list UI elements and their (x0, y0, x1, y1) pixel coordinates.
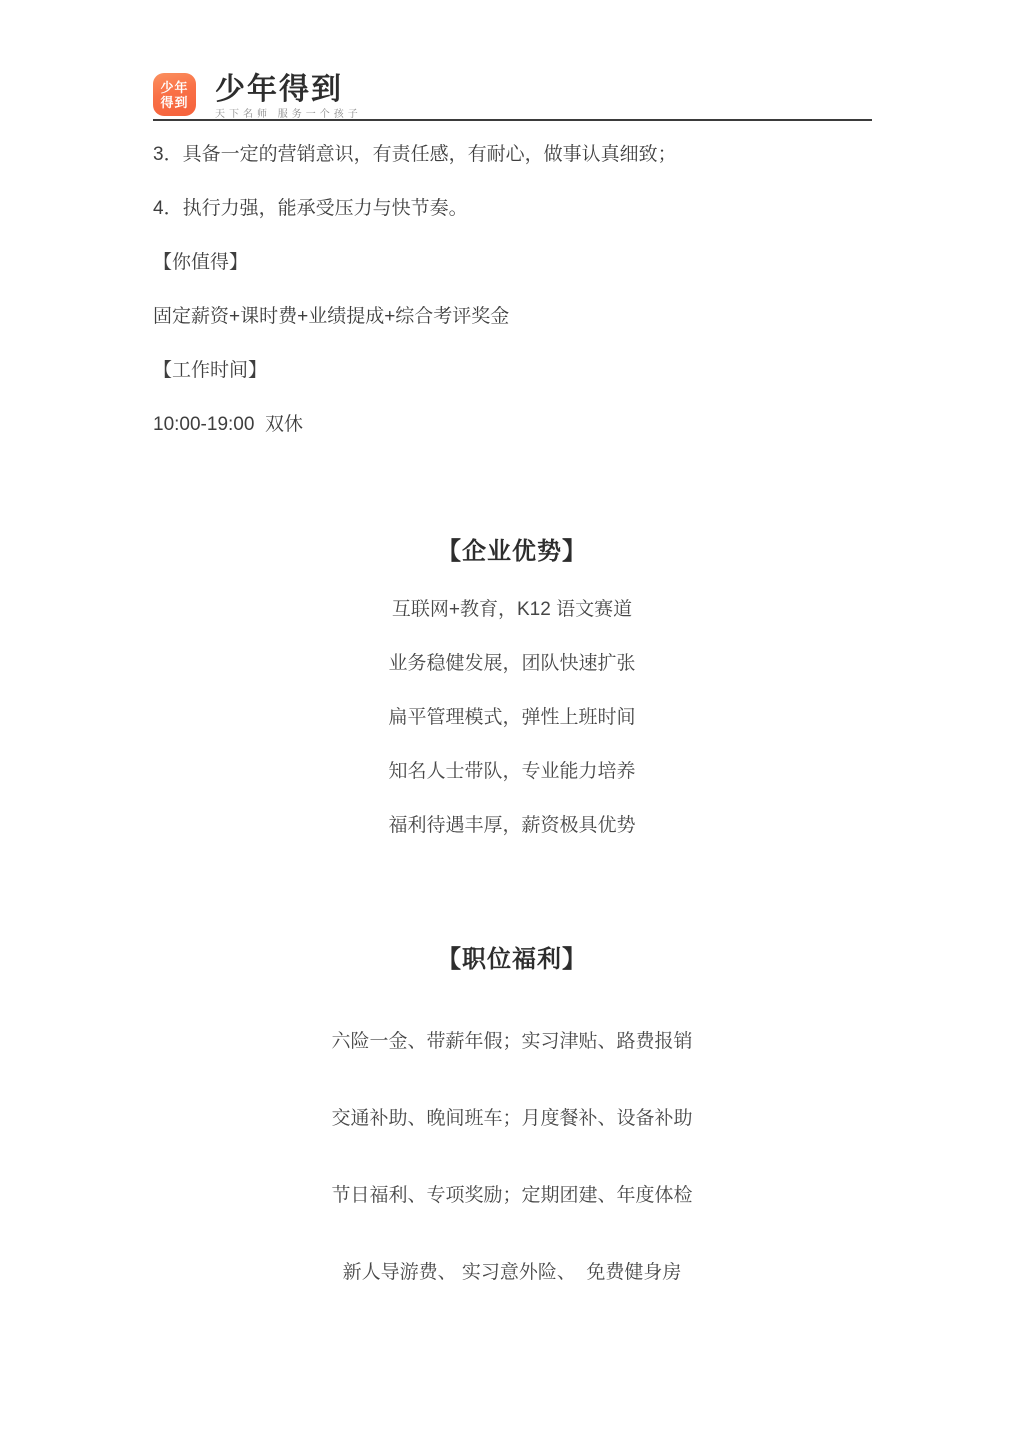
intro-work-time-line: 10:00-19:00 双休 (153, 413, 873, 436)
header-divider (153, 119, 872, 121)
benefit-line: 新人导游费、 实习意外险、 免费健身房 (0, 1261, 1024, 1284)
brand-title: 少年得到 (215, 74, 362, 105)
intro-line-3: 3．具备一定的营销意识，有责任感，有耐心，做事认真细致； (153, 143, 873, 166)
advantage-line: 业务稳健发展，团队快速扩张 (0, 652, 1024, 675)
brand-logo-icon: 少年 得到 (153, 73, 196, 116)
brand-header: 少年 得到 少年得到 天下名师 服务一个孩子 (153, 73, 362, 120)
intro-heading-work-time: 【工作时间】 (153, 359, 873, 382)
intro-heading-worth: 【你值得】 (153, 251, 873, 274)
brand-logo-icon-line1: 少年 (160, 80, 188, 95)
advantage-line: 扁平管理模式，弹性上班时间 (0, 706, 1024, 729)
benefits-heading: 【职位福利】 (0, 946, 1024, 974)
benefit-line: 节日福利、专项奖励；定期团建、年度体检 (0, 1184, 1024, 1207)
intro-line-4: 4．执行力强，能承受压力与快节奏。 (153, 197, 873, 220)
benefits-section: 【职位福利】 六险一金、带薪年假；实习津贴、路费报销 交通补助、晚间班车；月度餐… (0, 946, 1024, 1338)
intro-salary-line: 固定薪资+课时费+业绩提成+综合考评奖金 (153, 305, 873, 328)
intro-section: 3．具备一定的营销意识，有责任感，有耐心，做事认真细致； 4．执行力强，能承受压… (153, 143, 873, 467)
advantage-line: 福利待遇丰厚，薪资极具优势 (0, 814, 1024, 837)
advantages-heading: 【企业优势】 (0, 538, 1024, 566)
advantages-section: 【企业优势】 互联网+教育，K12 语文赛道 业务稳健发展，团队快速扩张 扁平管… (0, 538, 1024, 868)
advantage-line: 互联网+教育，K12 语文赛道 (0, 598, 1024, 621)
document-page: 少年 得到 少年得到 天下名师 服务一个孩子 3．具备一定的营销意识，有责任感，… (0, 0, 1024, 1448)
brand-text-block: 少年得到 天下名师 服务一个孩子 (215, 73, 362, 120)
brand-logo-icon-line2: 得到 (160, 95, 188, 110)
benefit-line: 六险一金、带薪年假；实习津贴、路费报销 (0, 1030, 1024, 1053)
benefit-line: 交通补助、晚间班车；月度餐补、设备补助 (0, 1107, 1024, 1130)
advantage-line: 知名人士带队，专业能力培养 (0, 760, 1024, 783)
